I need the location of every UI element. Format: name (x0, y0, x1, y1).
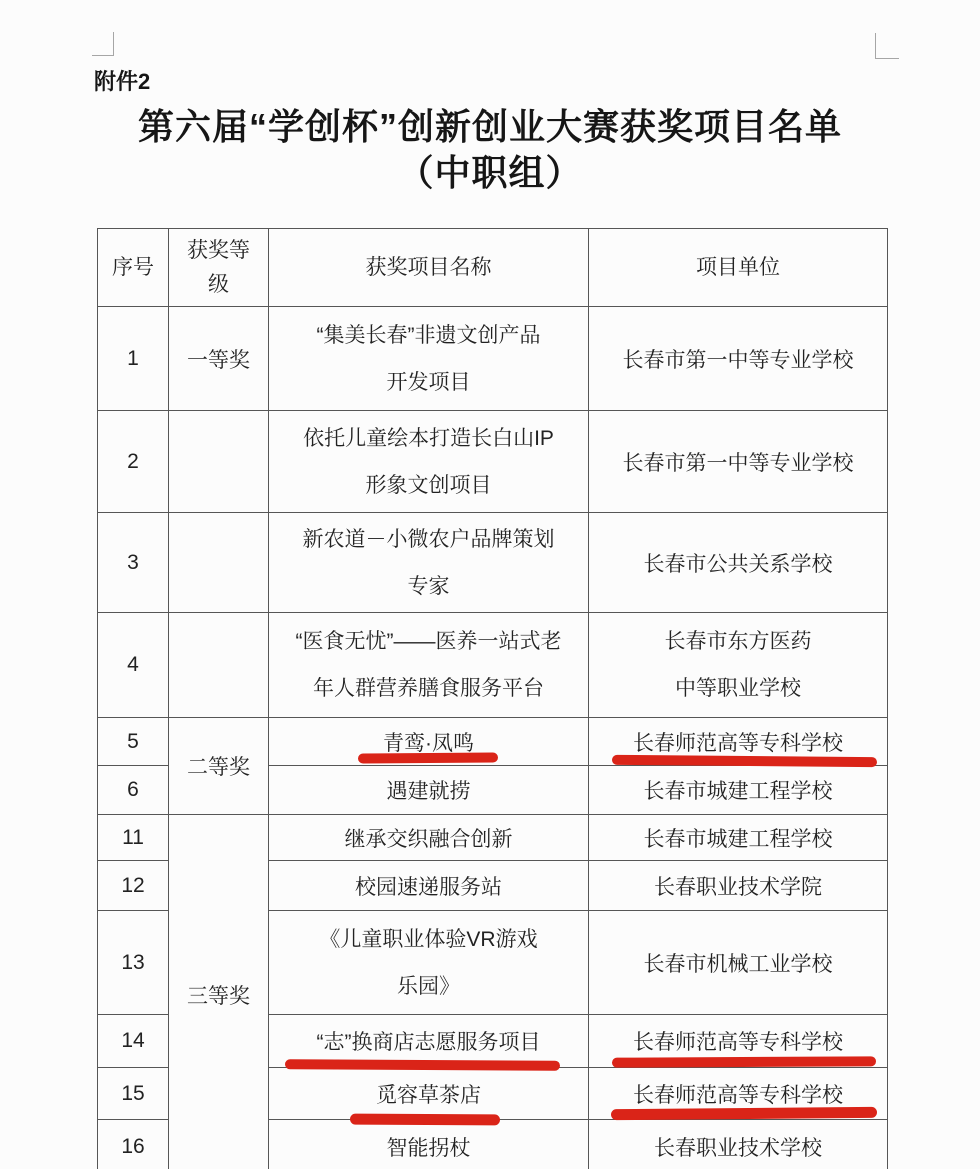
table-row: 4 “医食无忧”——医养一站式老年人群营养膳食服务平台 长春市东方医药中等职业学… (98, 613, 888, 718)
project-cell: 依托儿童绘本打造长白山IP形象文创项目 (269, 411, 589, 513)
unit-cell: 长春市城建工程学校 (589, 815, 888, 861)
seq-cell: 12 (98, 861, 169, 911)
seq-cell: 11 (98, 815, 169, 861)
award-cell-empty (169, 411, 269, 513)
award-cell-empty (169, 513, 269, 613)
unit-cell: 长春市城建工程学校 (589, 766, 888, 815)
seq-cell: 4 (98, 613, 169, 718)
table-row: 2 依托儿童绘本打造长白山IP形象文创项目 长春市第一中等专业学校 (98, 411, 888, 513)
table-row: 11 三等奖 继承交织融合创新 长春市城建工程学校 (98, 815, 888, 861)
header-seq: 序号 (98, 229, 169, 307)
red-underline-row14-project (285, 1059, 560, 1070)
red-underline-row15-unit (611, 1107, 877, 1120)
award-cell: 一等奖 (169, 307, 269, 411)
seq-cell: 6 (98, 766, 169, 815)
page-title-line1: 第六届“学创杯”创新创业大赛获奖项目名单 (0, 104, 980, 150)
project-cell: 觅容草茶店 (269, 1068, 589, 1120)
project-cell: 新农道－小微农户品牌策划专家 (269, 513, 589, 613)
red-underline-row14-unit (612, 1056, 876, 1067)
project-cell: “医食无忧”——医养一站式老年人群营养膳食服务平台 (269, 613, 589, 718)
red-underline-row5-project (358, 753, 498, 764)
seq-cell: 15 (98, 1068, 169, 1120)
project-cell: “集美长春”非遗文创产品开发项目 (269, 307, 589, 411)
seq-cell: 3 (98, 513, 169, 613)
unit-cell: 长春市第一中等专业学校 (589, 411, 888, 513)
award-cell-third-prize: 三等奖 (169, 815, 269, 1169)
unit-cell: 长春市机械工业学校 (589, 911, 888, 1015)
seq-cell: 1 (98, 307, 169, 411)
attachment-label: 附件2 (94, 68, 150, 96)
project-cell: 《儿童职业体验VR游戏乐园》 (269, 911, 589, 1015)
unit-cell: 长春市东方医药中等职业学校 (589, 613, 888, 718)
seq-cell: 2 (98, 411, 169, 513)
unit-cell: 长春市公共关系学校 (589, 513, 888, 613)
table-row: 3 新农道－小微农户品牌策划专家 长春市公共关系学校 (98, 513, 888, 613)
header-award: 获奖等级 (169, 229, 269, 307)
table-header-row: 序号 获奖等级 获奖项目名称 项目单位 (98, 229, 888, 307)
seq-cell: 14 (98, 1015, 169, 1068)
page-corner-mark-right (875, 33, 899, 59)
document-page: 附件2 第六届“学创杯”创新创业大赛获奖项目名单 （中职组） 序号 获奖等级 获… (0, 0, 980, 1169)
table-row: 1 一等奖 “集美长春”非遗文创产品开发项目 长春市第一中等专业学校 (98, 307, 888, 411)
header-project: 获奖项目名称 (269, 229, 589, 307)
header-unit: 项目单位 (589, 229, 888, 307)
seq-cell: 5 (98, 718, 169, 766)
project-cell: 遇建就捞 (269, 766, 589, 815)
page-subtitle: （中职组） (0, 150, 980, 196)
unit-cell: 长春职业技术学校 (589, 1120, 888, 1169)
red-underline-row15-project (350, 1114, 500, 1126)
unit-cell: 长春市第一中等专业学校 (589, 307, 888, 411)
award-cell-second-prize: 二等奖 (169, 718, 269, 815)
unit-cell: 长春职业技术学院 (589, 861, 888, 911)
project-cell: 校园速递服务站 (269, 861, 589, 911)
award-table: 序号 获奖等级 获奖项目名称 项目单位 1 一等奖 “集美长春”非遗文创产品开发… (97, 228, 888, 1169)
seq-cell: 16 (98, 1120, 169, 1169)
project-cell: 继承交织融合创新 (269, 815, 589, 861)
seq-cell: 13 (98, 911, 169, 1015)
award-cell-empty (169, 613, 269, 718)
page-title: 第六届“学创杯”创新创业大赛获奖项目名单 （中职组） (0, 104, 980, 196)
page-corner-mark-left (92, 32, 114, 56)
project-cell: 智能拐杖 (269, 1120, 589, 1169)
